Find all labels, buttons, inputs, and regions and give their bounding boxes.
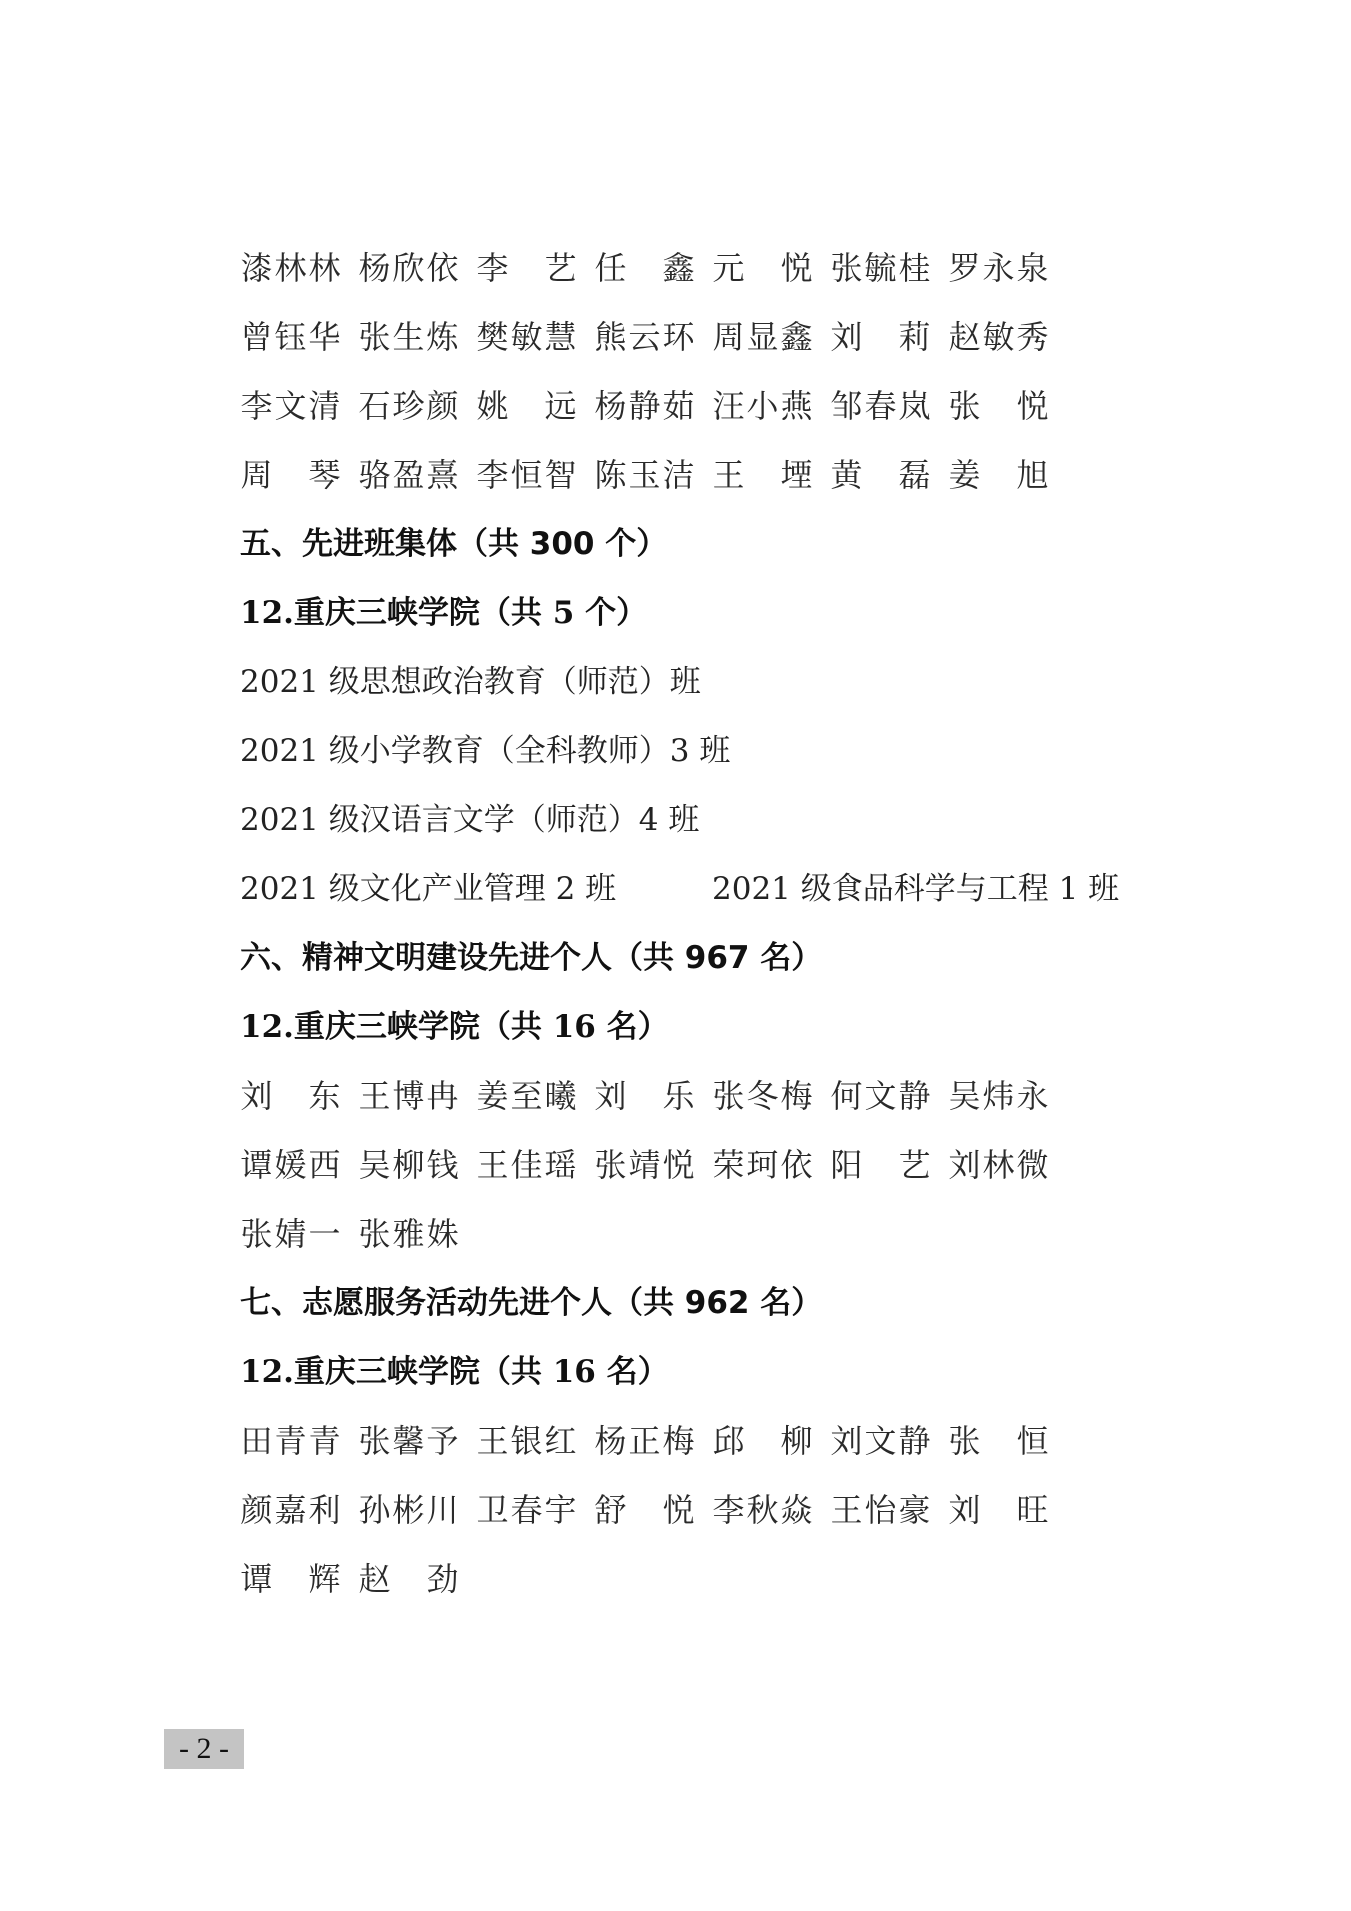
name-row: 曾钰华张生炼樊敏慧熊云环周显鑫刘莉赵敏秀 xyxy=(240,303,1180,372)
person-name: 姚远 xyxy=(476,372,577,441)
person-name: 姜至曦 xyxy=(476,1062,577,1131)
person-name: 周显鑫 xyxy=(712,303,813,372)
person-name: 王堙 xyxy=(712,441,813,510)
name-row: 刘东王博冉姜至曦刘乐张冬梅何文静吴炜永 xyxy=(240,1062,1180,1131)
person-name: 吴炜永 xyxy=(948,1062,1049,1131)
person-name: 刘旺 xyxy=(948,1476,1049,1545)
person-name: 卫春宇 xyxy=(476,1476,577,1545)
person-name: 骆盈熹 xyxy=(358,441,459,510)
person-name: 王怡豪 xyxy=(830,1476,931,1545)
class-item: 2021 级思想政治教育（师范）班 xyxy=(240,648,1180,717)
person-name: 刘文静 xyxy=(830,1407,931,1476)
person-name: 熊云环 xyxy=(594,303,695,372)
person-name: 张生炼 xyxy=(358,303,459,372)
person-name: 杨静茹 xyxy=(594,372,695,441)
class-item: 2021 级汉语言文学（师范）4 班 xyxy=(240,786,1180,855)
person-name: 王银红 xyxy=(476,1407,577,1476)
name-row: 颜嘉利孙彬川卫春宇舒悦李秋焱王怡豪刘旺 xyxy=(240,1476,1180,1545)
section-7-names: 田青青张馨予王银红杨正梅邱柳刘文静张恒颜嘉利孙彬川卫春宇舒悦李秋焱王怡豪刘旺谭辉… xyxy=(240,1407,1180,1614)
person-name: 李艺 xyxy=(476,234,577,303)
person-name: 刘乐 xyxy=(594,1062,695,1131)
person-name: 杨正梅 xyxy=(594,1407,695,1476)
section-7-subheading: 12.重庆三峡学院（共 16 名） xyxy=(240,1338,1180,1407)
person-name: 漆林林 xyxy=(240,234,341,303)
person-name: 李恒智 xyxy=(476,441,577,510)
person-name: 张冬梅 xyxy=(712,1062,813,1131)
person-name: 王博冉 xyxy=(358,1062,459,1131)
person-name: 黄磊 xyxy=(830,441,931,510)
section-7-heading: 七、志愿服务活动先进个人（共 962 名） xyxy=(240,1269,1180,1338)
section-6-subheading: 12.重庆三峡学院（共 16 名） xyxy=(240,993,1180,1062)
prev-section-names: 漆林林杨欣依李艺任鑫元悦张毓桂罗永泉曾钰华张生炼樊敏慧熊云环周显鑫刘莉赵敏秀李文… xyxy=(240,234,1180,510)
class-item: 2021 级文化产业管理 2 班 xyxy=(240,871,616,907)
name-row: 张婧一张雅姝 xyxy=(240,1200,1180,1269)
class-item: 2021 级小学教育（全科教师）3 班 xyxy=(240,717,1180,786)
person-name: 杨欣依 xyxy=(358,234,459,303)
section-5-heading: 五、先进班集体（共 300 个） xyxy=(240,510,1180,579)
person-name: 张馨予 xyxy=(358,1407,459,1476)
person-name: 颜嘉利 xyxy=(240,1476,341,1545)
section-5-subheading: 12.重庆三峡学院（共 5 个） xyxy=(240,579,1180,648)
class-item: 2021 级食品科学与工程 1 班 xyxy=(712,855,1119,924)
person-name: 王佳瑶 xyxy=(476,1131,577,1200)
person-name: 元悦 xyxy=(712,234,813,303)
person-name: 任鑫 xyxy=(594,234,695,303)
person-name: 舒悦 xyxy=(594,1476,695,1545)
name-row: 谭辉赵劲 xyxy=(240,1545,1180,1614)
name-row: 谭媛西吴柳钱王佳瑶张靖悦荣珂依阳艺刘林微 xyxy=(240,1131,1180,1200)
name-row: 田青青张馨予王银红杨正梅邱柳刘文静张恒 xyxy=(240,1407,1180,1476)
name-row: 李文清石珍颜姚远杨静茹汪小燕邹春岚张悦 xyxy=(240,372,1180,441)
person-name: 赵敏秀 xyxy=(948,303,1049,372)
person-name: 李文清 xyxy=(240,372,341,441)
name-row: 周琴骆盈熹李恒智陈玉洁王堙黄磊姜旭 xyxy=(240,441,1180,510)
person-name: 樊敏慧 xyxy=(476,303,577,372)
person-name: 张悦 xyxy=(948,372,1049,441)
person-name: 赵劲 xyxy=(358,1545,459,1614)
person-name: 刘莉 xyxy=(830,303,931,372)
person-name: 汪小燕 xyxy=(712,372,813,441)
person-name: 陈玉洁 xyxy=(594,441,695,510)
person-name: 田青青 xyxy=(240,1407,341,1476)
person-name: 孙彬川 xyxy=(358,1476,459,1545)
person-name: 何文静 xyxy=(830,1062,931,1131)
section-6-names: 刘东王博冉姜至曦刘乐张冬梅何文静吴炜永谭媛西吴柳钱王佳瑶张靖悦荣珂依阳艺刘林微张… xyxy=(240,1062,1180,1269)
person-name: 周琴 xyxy=(240,441,341,510)
person-name: 邹春岚 xyxy=(830,372,931,441)
page-content: 漆林林杨欣依李艺任鑫元悦张毓桂罗永泉曾钰华张生炼樊敏慧熊云环周显鑫刘莉赵敏秀李文… xyxy=(240,234,1180,1614)
person-name: 谭辉 xyxy=(240,1545,341,1614)
person-name: 李秋焱 xyxy=(712,1476,813,1545)
person-name: 张毓桂 xyxy=(830,234,931,303)
document-page: 漆林林杨欣依李艺任鑫元悦张毓桂罗永泉曾钰华张生炼樊敏慧熊云环周显鑫刘莉赵敏秀李文… xyxy=(0,0,1351,1911)
person-name: 邱柳 xyxy=(712,1407,813,1476)
person-name: 荣珂依 xyxy=(712,1131,813,1200)
person-name: 曾钰华 xyxy=(240,303,341,372)
name-row: 漆林林杨欣依李艺任鑫元悦张毓桂罗永泉 xyxy=(240,234,1180,303)
person-name: 张雅姝 xyxy=(358,1200,459,1269)
section-6-heading: 六、精神文明建设先进个人（共 967 名） xyxy=(240,924,1180,993)
person-name: 刘东 xyxy=(240,1062,341,1131)
person-name: 石珍颜 xyxy=(358,372,459,441)
person-name: 张恒 xyxy=(948,1407,1049,1476)
person-name: 姜旭 xyxy=(948,441,1049,510)
page-number: - 2 - xyxy=(164,1729,244,1769)
person-name: 刘林微 xyxy=(948,1131,1049,1200)
person-name: 张靖悦 xyxy=(594,1131,695,1200)
person-name: 罗永泉 xyxy=(948,234,1049,303)
person-name: 阳艺 xyxy=(830,1131,931,1200)
class-row: 2021 级文化产业管理 2 班 2021 级食品科学与工程 1 班 xyxy=(240,855,1180,924)
person-name: 谭媛西 xyxy=(240,1131,341,1200)
person-name: 吴柳钱 xyxy=(358,1131,459,1200)
person-name: 张婧一 xyxy=(240,1200,341,1269)
